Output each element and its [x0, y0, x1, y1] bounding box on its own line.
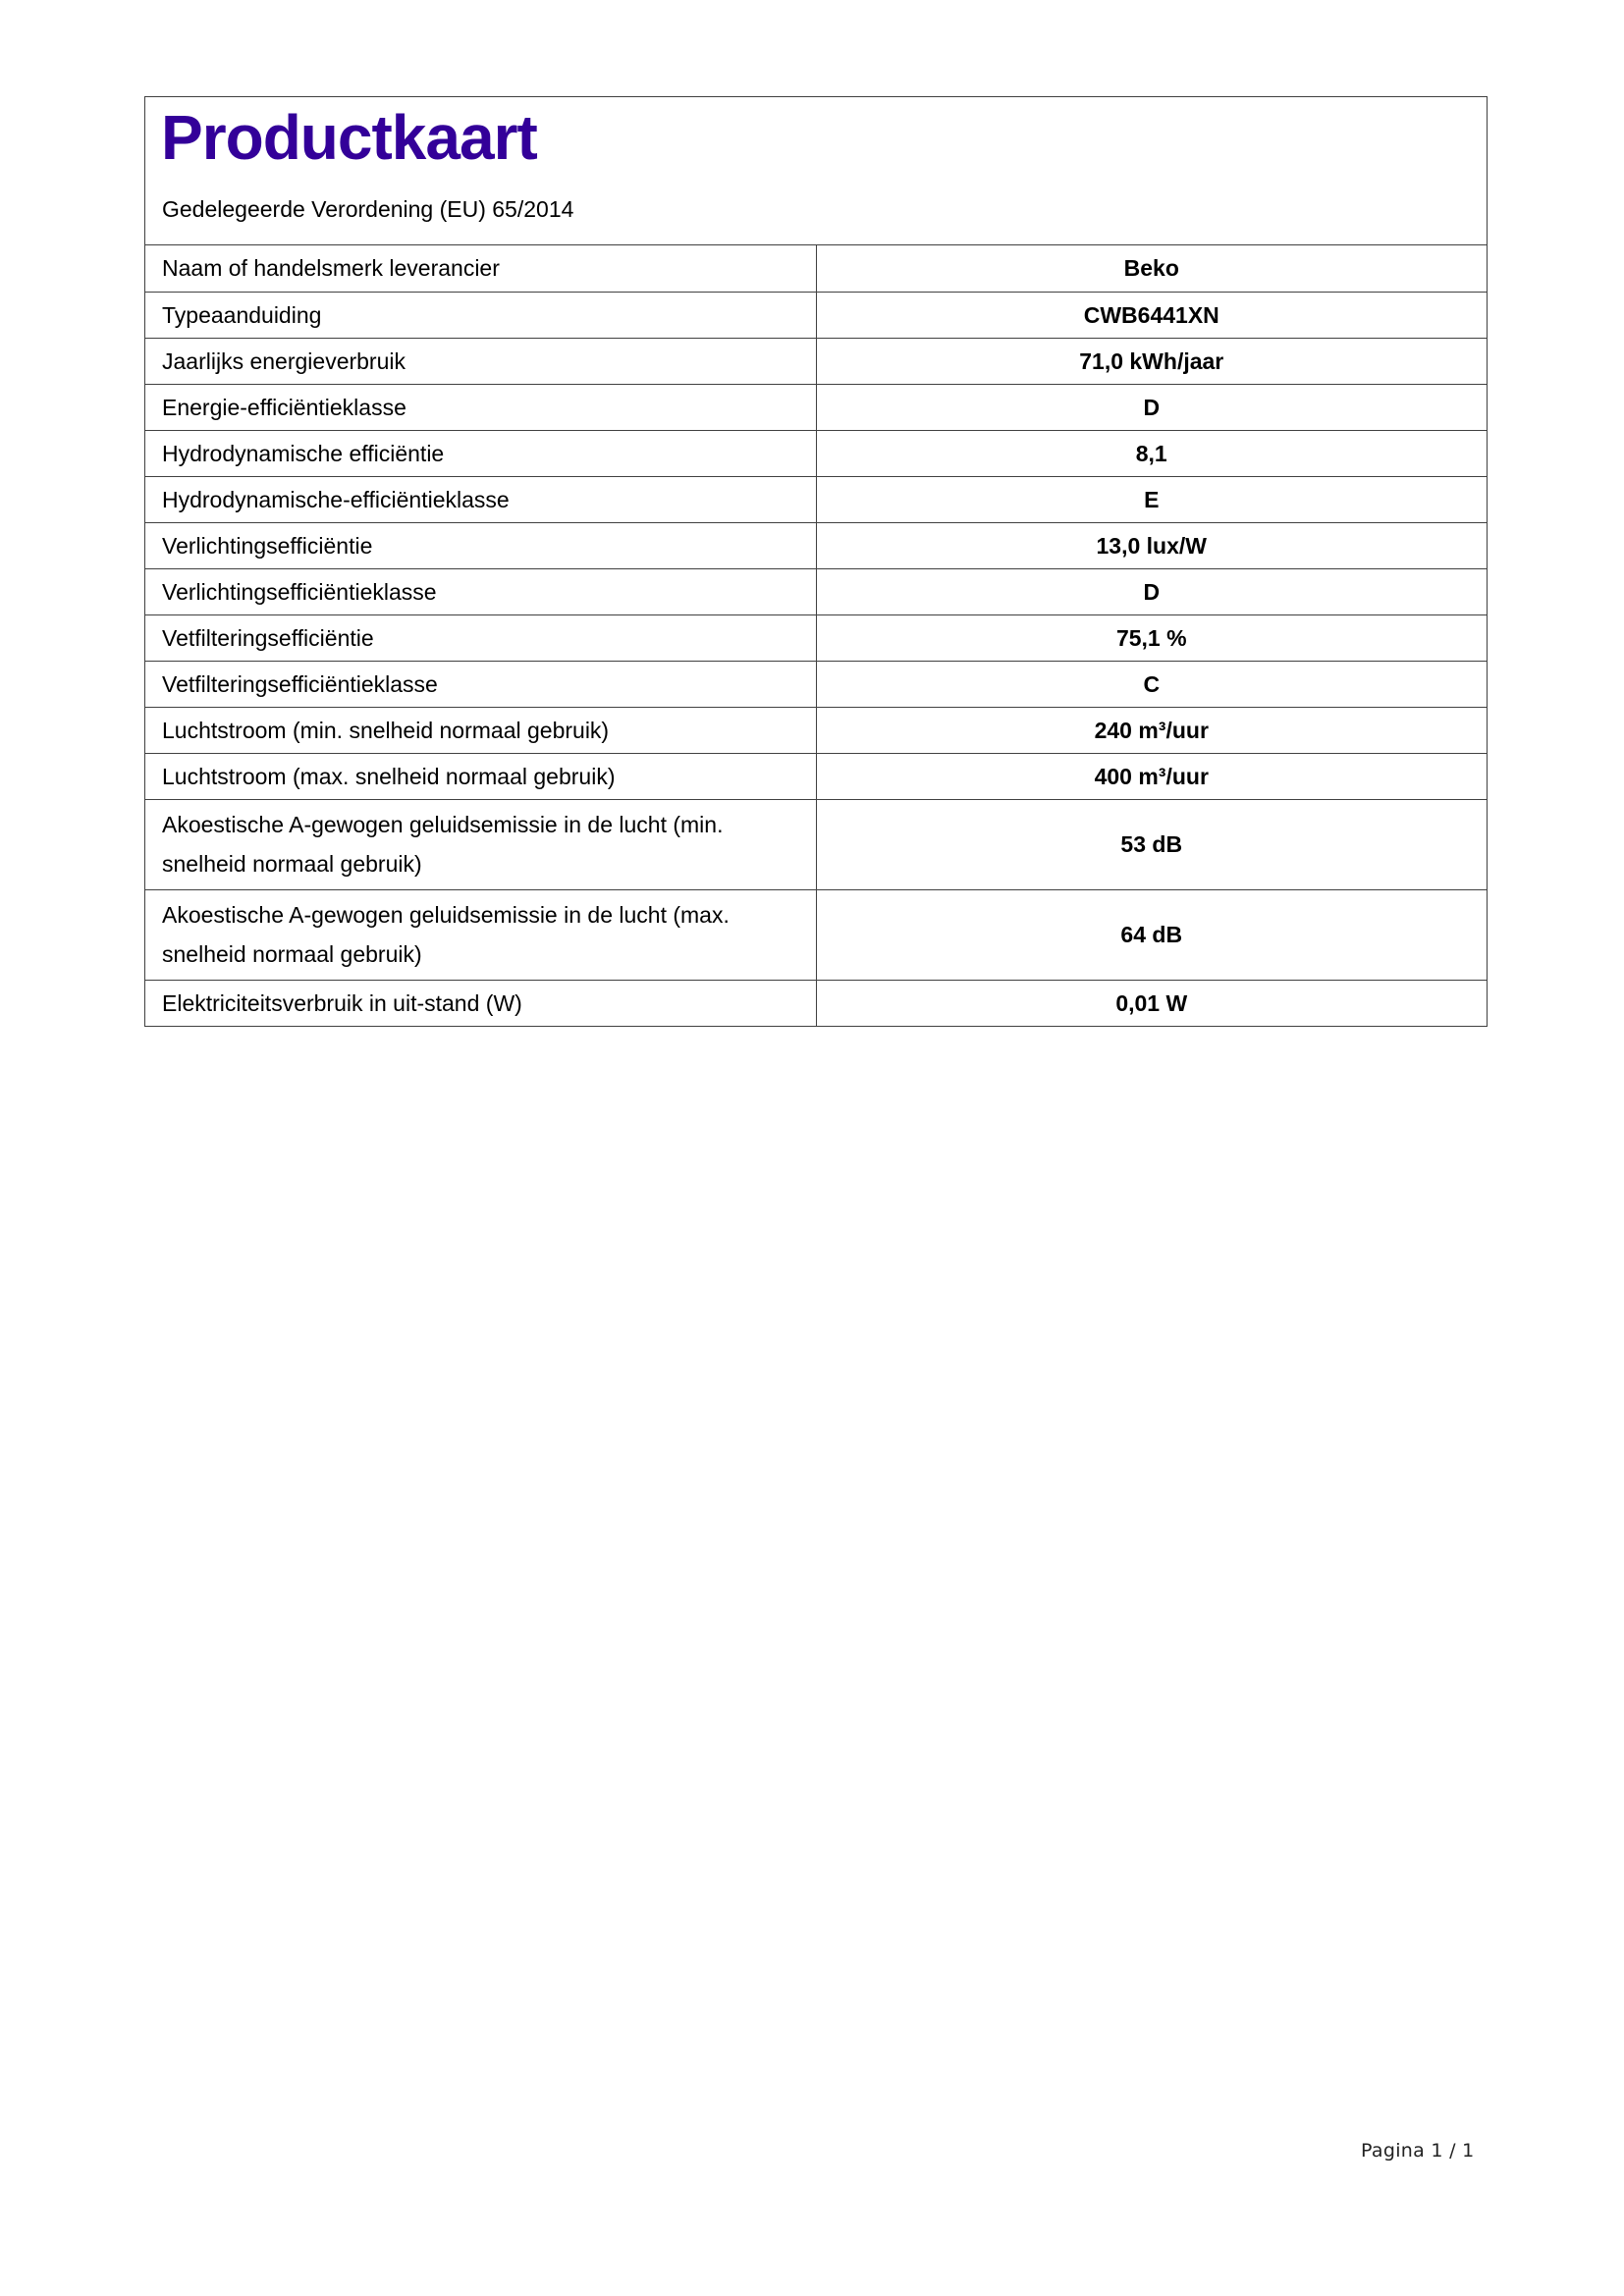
table-row: Hydrodynamische efficiëntie 8,1 — [145, 430, 1487, 476]
row-value: 13,0 lux/W — [816, 522, 1487, 568]
table-row: Hydrodynamische-efficiëntieklasse E — [145, 476, 1487, 522]
table-row: Luchtstroom (max. snelheid normaal gebru… — [145, 753, 1487, 799]
row-value: CWB6441XN — [816, 292, 1487, 338]
row-value: C — [816, 661, 1487, 707]
row-value: 75,1 % — [816, 614, 1487, 661]
table-row: Akoestische A-gewogen geluidsemissie in … — [145, 799, 1487, 889]
row-label: Vetfilteringsefficiëntie — [145, 614, 816, 661]
product-card: Productkaart Gedelegeerde Verordening (E… — [144, 96, 1488, 1027]
table-row: Energie-efficiëntieklasse D — [145, 384, 1487, 430]
table-row: Verlichtingsefficiëntie 13,0 lux/W — [145, 522, 1487, 568]
table-row: Jaarlijks energieverbruik 71,0 kWh/jaar — [145, 338, 1487, 384]
row-value: E — [816, 476, 1487, 522]
row-value: D — [816, 568, 1487, 614]
row-label: Luchtstroom (min. snelheid normaal gebru… — [145, 707, 816, 753]
row-value: Beko — [816, 245, 1487, 292]
row-value: D — [816, 384, 1487, 430]
row-value: 240 m³/uur — [816, 707, 1487, 753]
row-label: Hydrodynamische-efficiëntieklasse — [145, 476, 816, 522]
row-label: Luchtstroom (max. snelheid normaal gebru… — [145, 753, 816, 799]
row-label: Hydrodynamische efficiëntie — [145, 430, 816, 476]
row-label: Energie-efficiëntieklasse — [145, 384, 816, 430]
table-row: Naam of handelsmerk leverancier Beko — [145, 245, 1487, 292]
row-value: 400 m³/uur — [816, 753, 1487, 799]
table-row: Luchtstroom (min. snelheid normaal gebru… — [145, 707, 1487, 753]
row-value: 71,0 kWh/jaar — [816, 338, 1487, 384]
row-value: 8,1 — [816, 430, 1487, 476]
table-row: Akoestische A-gewogen geluidsemissie in … — [145, 889, 1487, 980]
row-label: Jaarlijks energieverbruik — [145, 338, 816, 384]
spec-table: Naam of handelsmerk leverancier Beko Typ… — [145, 245, 1487, 1026]
row-label: Naam of handelsmerk leverancier — [145, 245, 816, 292]
row-label: Akoestische A-gewogen geluidsemissie in … — [145, 799, 816, 889]
row-label: Akoestische A-gewogen geluidsemissie in … — [145, 889, 816, 980]
table-row: Vetfilteringsefficiëntie 75,1 % — [145, 614, 1487, 661]
row-value: 0,01 W — [816, 980, 1487, 1026]
page-title: Productkaart — [161, 103, 537, 172]
row-value: 53 dB — [816, 799, 1487, 889]
row-label: Elektriciteitsverbruik in uit-stand (W) — [145, 980, 816, 1026]
table-row: Typeaanduiding CWB6441XN — [145, 292, 1487, 338]
row-label: Verlichtingsefficiëntie — [145, 522, 816, 568]
row-label: Typeaanduiding — [145, 292, 816, 338]
table-row: Verlichtingsefficiëntieklasse D — [145, 568, 1487, 614]
page-number: Pagina 1 / 1 — [1361, 2140, 1475, 2162]
table-row: Vetfilteringsefficiëntieklasse C — [145, 661, 1487, 707]
row-label: Vetfilteringsefficiëntieklasse — [145, 661, 816, 707]
card-header: Productkaart Gedelegeerde Verordening (E… — [145, 97, 1487, 245]
table-row: Elektriciteitsverbruik in uit-stand (W) … — [145, 980, 1487, 1026]
regulation-subtitle: Gedelegeerde Verordening (EU) 65/2014 — [162, 196, 573, 224]
row-value: 64 dB — [816, 889, 1487, 980]
row-label: Verlichtingsefficiëntieklasse — [145, 568, 816, 614]
